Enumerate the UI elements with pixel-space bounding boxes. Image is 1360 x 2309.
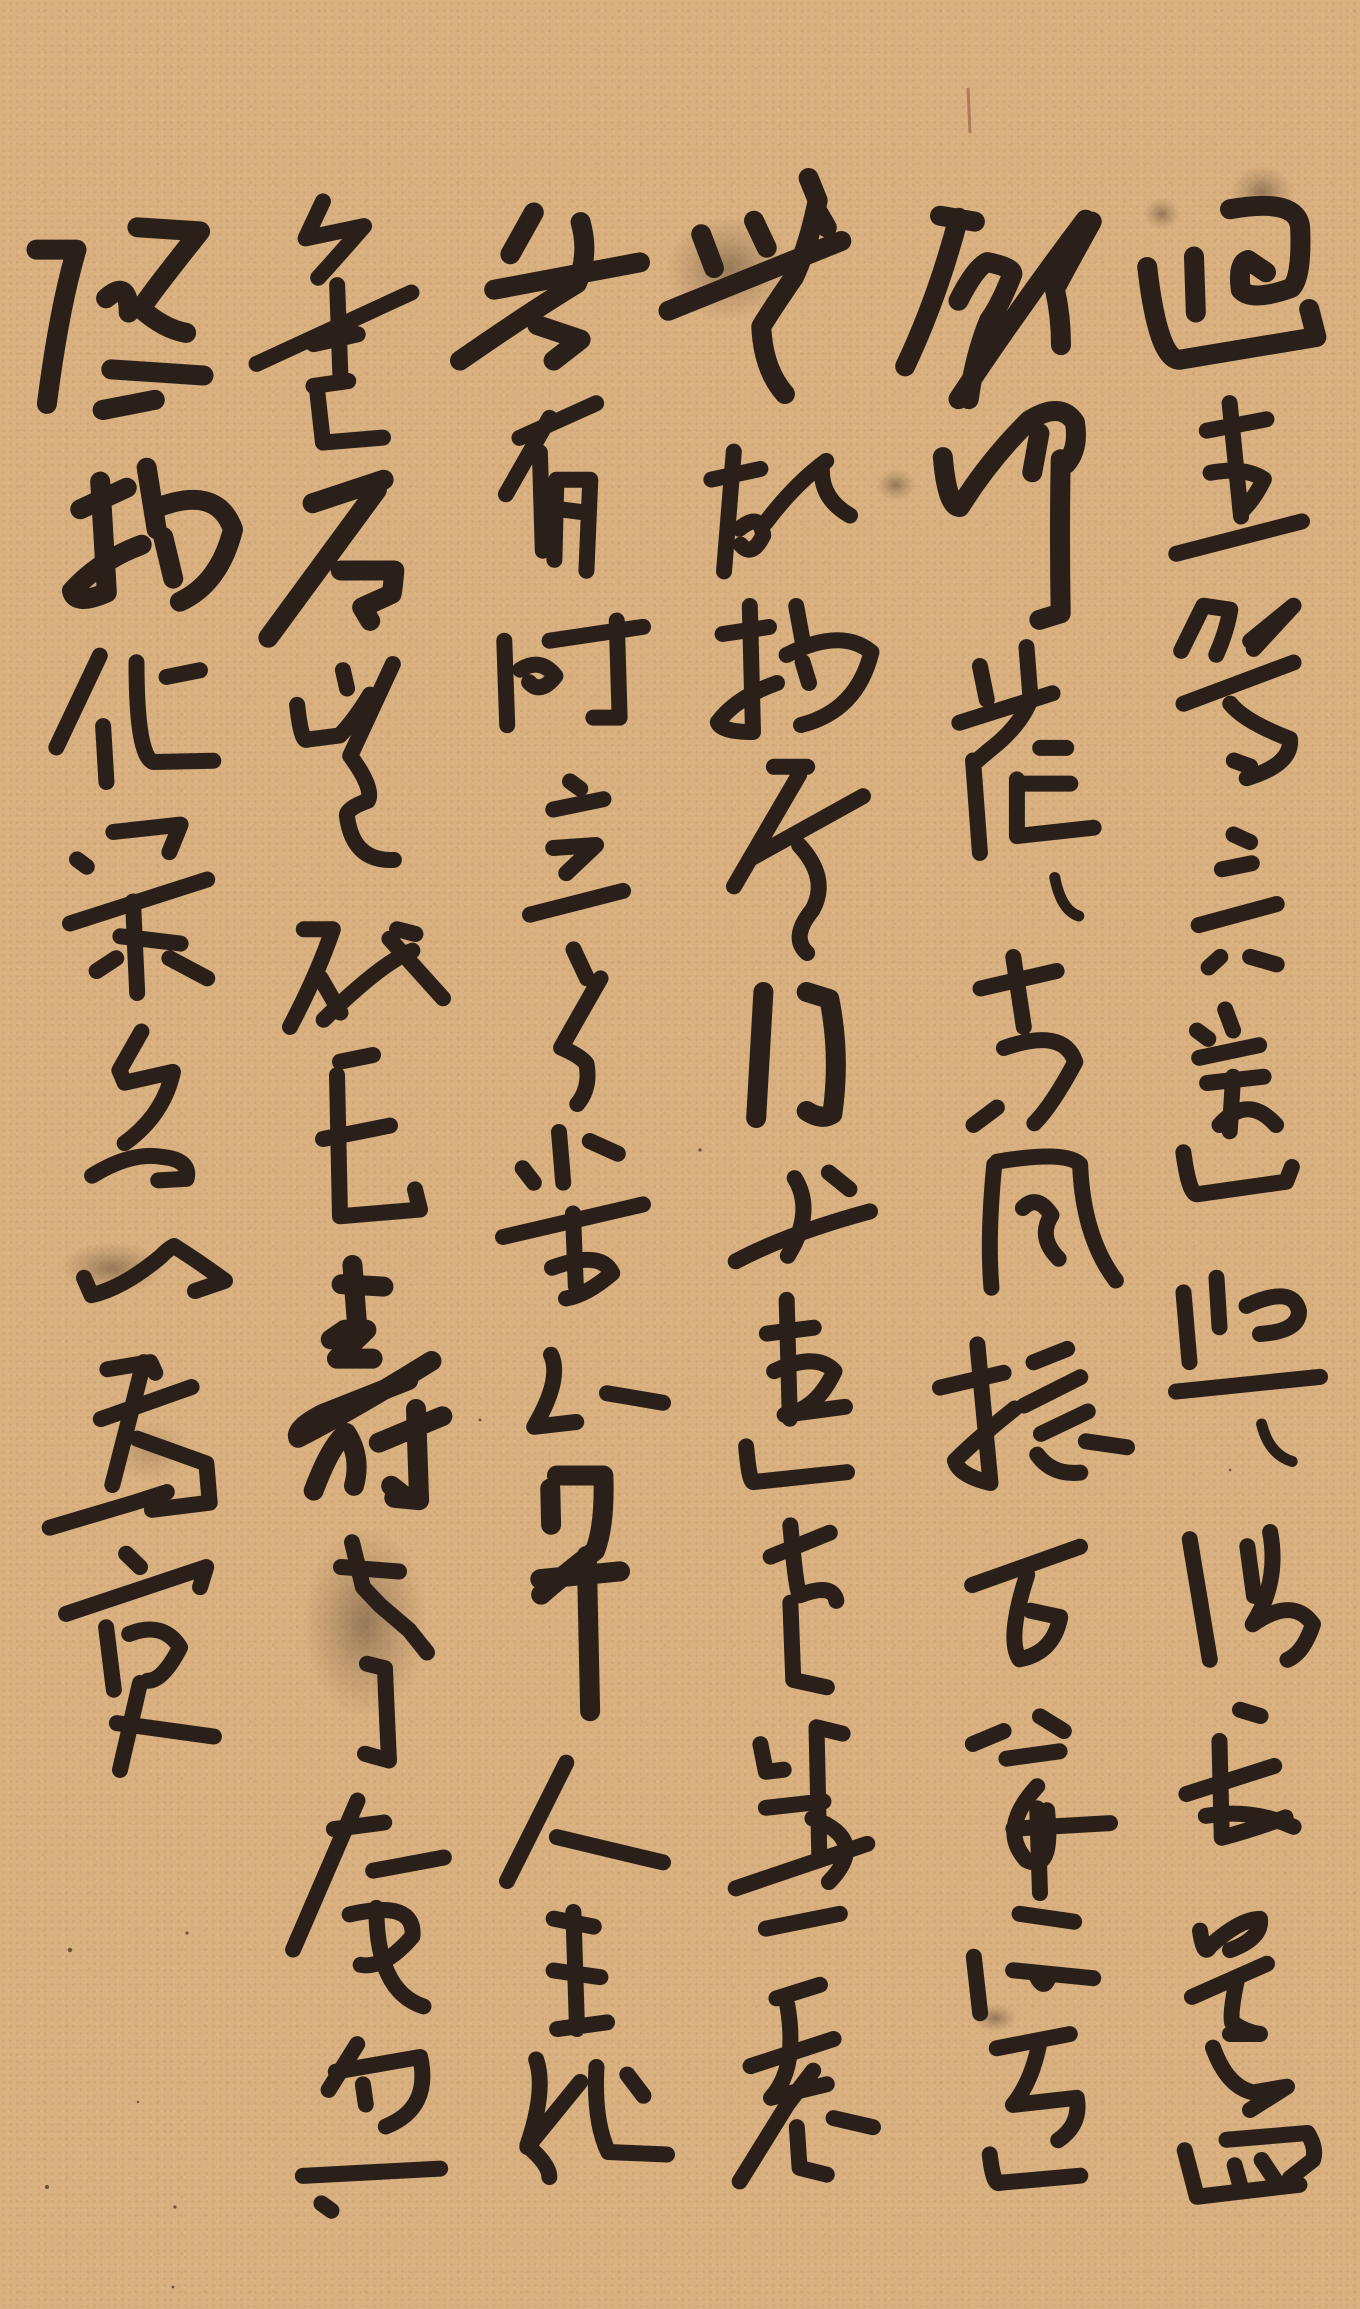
char-col1-4: 言 [1197, 827, 1280, 978]
calligraphy-sheet: 迴 車 駕 言 邁 悠 々 涉 長 道 四 顧 何 茫 々 東 風 搖 百 草 … [0, 0, 1360, 2309]
char-col1-6: 悠 [1173, 1271, 1323, 1405]
char-col6-6: 以 [78, 1240, 228, 1300]
char-col1-2: 車 [1175, 395, 1302, 557]
char-col2-8: 百 [970, 1539, 1080, 1667]
char-col3-1: 無 [663, 178, 845, 403]
char-col5-5: 長 [320, 1055, 420, 1223]
char-col5-1: 金 [255, 199, 413, 445]
char-col5-8: 奄 [290, 1794, 447, 2013]
char-col4-3: 時 [497, 613, 643, 739]
char-col1-11: 四 [1182, 2130, 1317, 2205]
char-col4-10: 生 [547, 1904, 607, 2037]
char-col1-3: 駕 [1180, 592, 1297, 788]
char-col3-8: 老 [767, 1518, 840, 1702]
char-col3-5: 得 [750, 985, 853, 1125]
char-col2-3: 茫 [958, 645, 1095, 855]
char-col4-5: 身 [553, 943, 607, 1104]
char-col6-2: 物 [67, 460, 233, 614]
char-col4-4: 立 [530, 774, 623, 922]
char-col3-9: 盛 [733, 1723, 870, 1935]
char-col2-9: 草 [970, 1709, 1110, 1893]
char-col2-7: 搖 [940, 1334, 1127, 1483]
text-layer: 迴 車 駕 言 邁 悠 々 涉 長 道 四 顧 何 茫 々 東 風 搖 百 草 … [0, 0, 1360, 2309]
char-col3-2: 故 [710, 445, 850, 578]
char-col6-7: 為 [48, 1355, 213, 1533]
char-col5-6: 壽 [292, 1265, 447, 1505]
char-col2-2: 何 [940, 405, 1082, 622]
char-col4-8: 早 [537, 1460, 620, 1719]
char-col1-9: 長 [1183, 1702, 1297, 1858]
char-col1-10: 道 [1190, 1915, 1290, 2110]
char-col3-3: 物 [713, 599, 873, 739]
char-col4-7: 不 [523, 1350, 663, 1446]
char-col3-7: 速 [743, 1292, 847, 1490]
char-col5-7: 考 [337, 1540, 437, 1765]
char-col2-10: 所 [970, 1907, 1097, 2020]
char-col2-6: 風 [980, 1150, 1123, 1295]
char-col2-1: 顧 [897, 210, 1102, 403]
char-col5-2: 石 [263, 473, 397, 641]
char-col3-6: 不 [733, 1167, 870, 1278]
char-col4-6: 苦 [503, 1132, 643, 1313]
char-col5-4: 能 [290, 915, 443, 1034]
char-col3-4: 焉 [730, 757, 863, 953]
char-col1-1: 迴 [1140, 190, 1320, 365]
char-col5-9: 忽 [300, 2035, 443, 2218]
char-col4-11: 非 [520, 2052, 667, 2177]
char-col6-1: 隨 [33, 207, 207, 410]
char-col2-5: 東 [970, 957, 1087, 1132]
char-col6-8: 寶 [63, 1547, 217, 1770]
char-col3-10: 衰 [737, 1978, 873, 2204]
char-col1-7: 々 [1258, 1419, 1294, 1469]
char-col6-3: 化 [53, 649, 220, 782]
char-col5-3: 豈 [293, 662, 397, 866]
char-col2-4: 々 [1050, 872, 1082, 927]
char-col1-8: 涉 [1183, 1532, 1317, 1674]
char-col4-9: 人 [507, 1756, 663, 1889]
char-col2-11: 遇 [977, 2027, 1093, 2204]
char-col6-5: 名 [90, 1030, 195, 1185]
char-col4-2: 有 [503, 396, 600, 578]
char-col4-1: 各 [460, 206, 640, 367]
char-col1-5: 邁 [1180, 999, 1293, 1209]
char-col6-4: 榮 [70, 810, 210, 993]
